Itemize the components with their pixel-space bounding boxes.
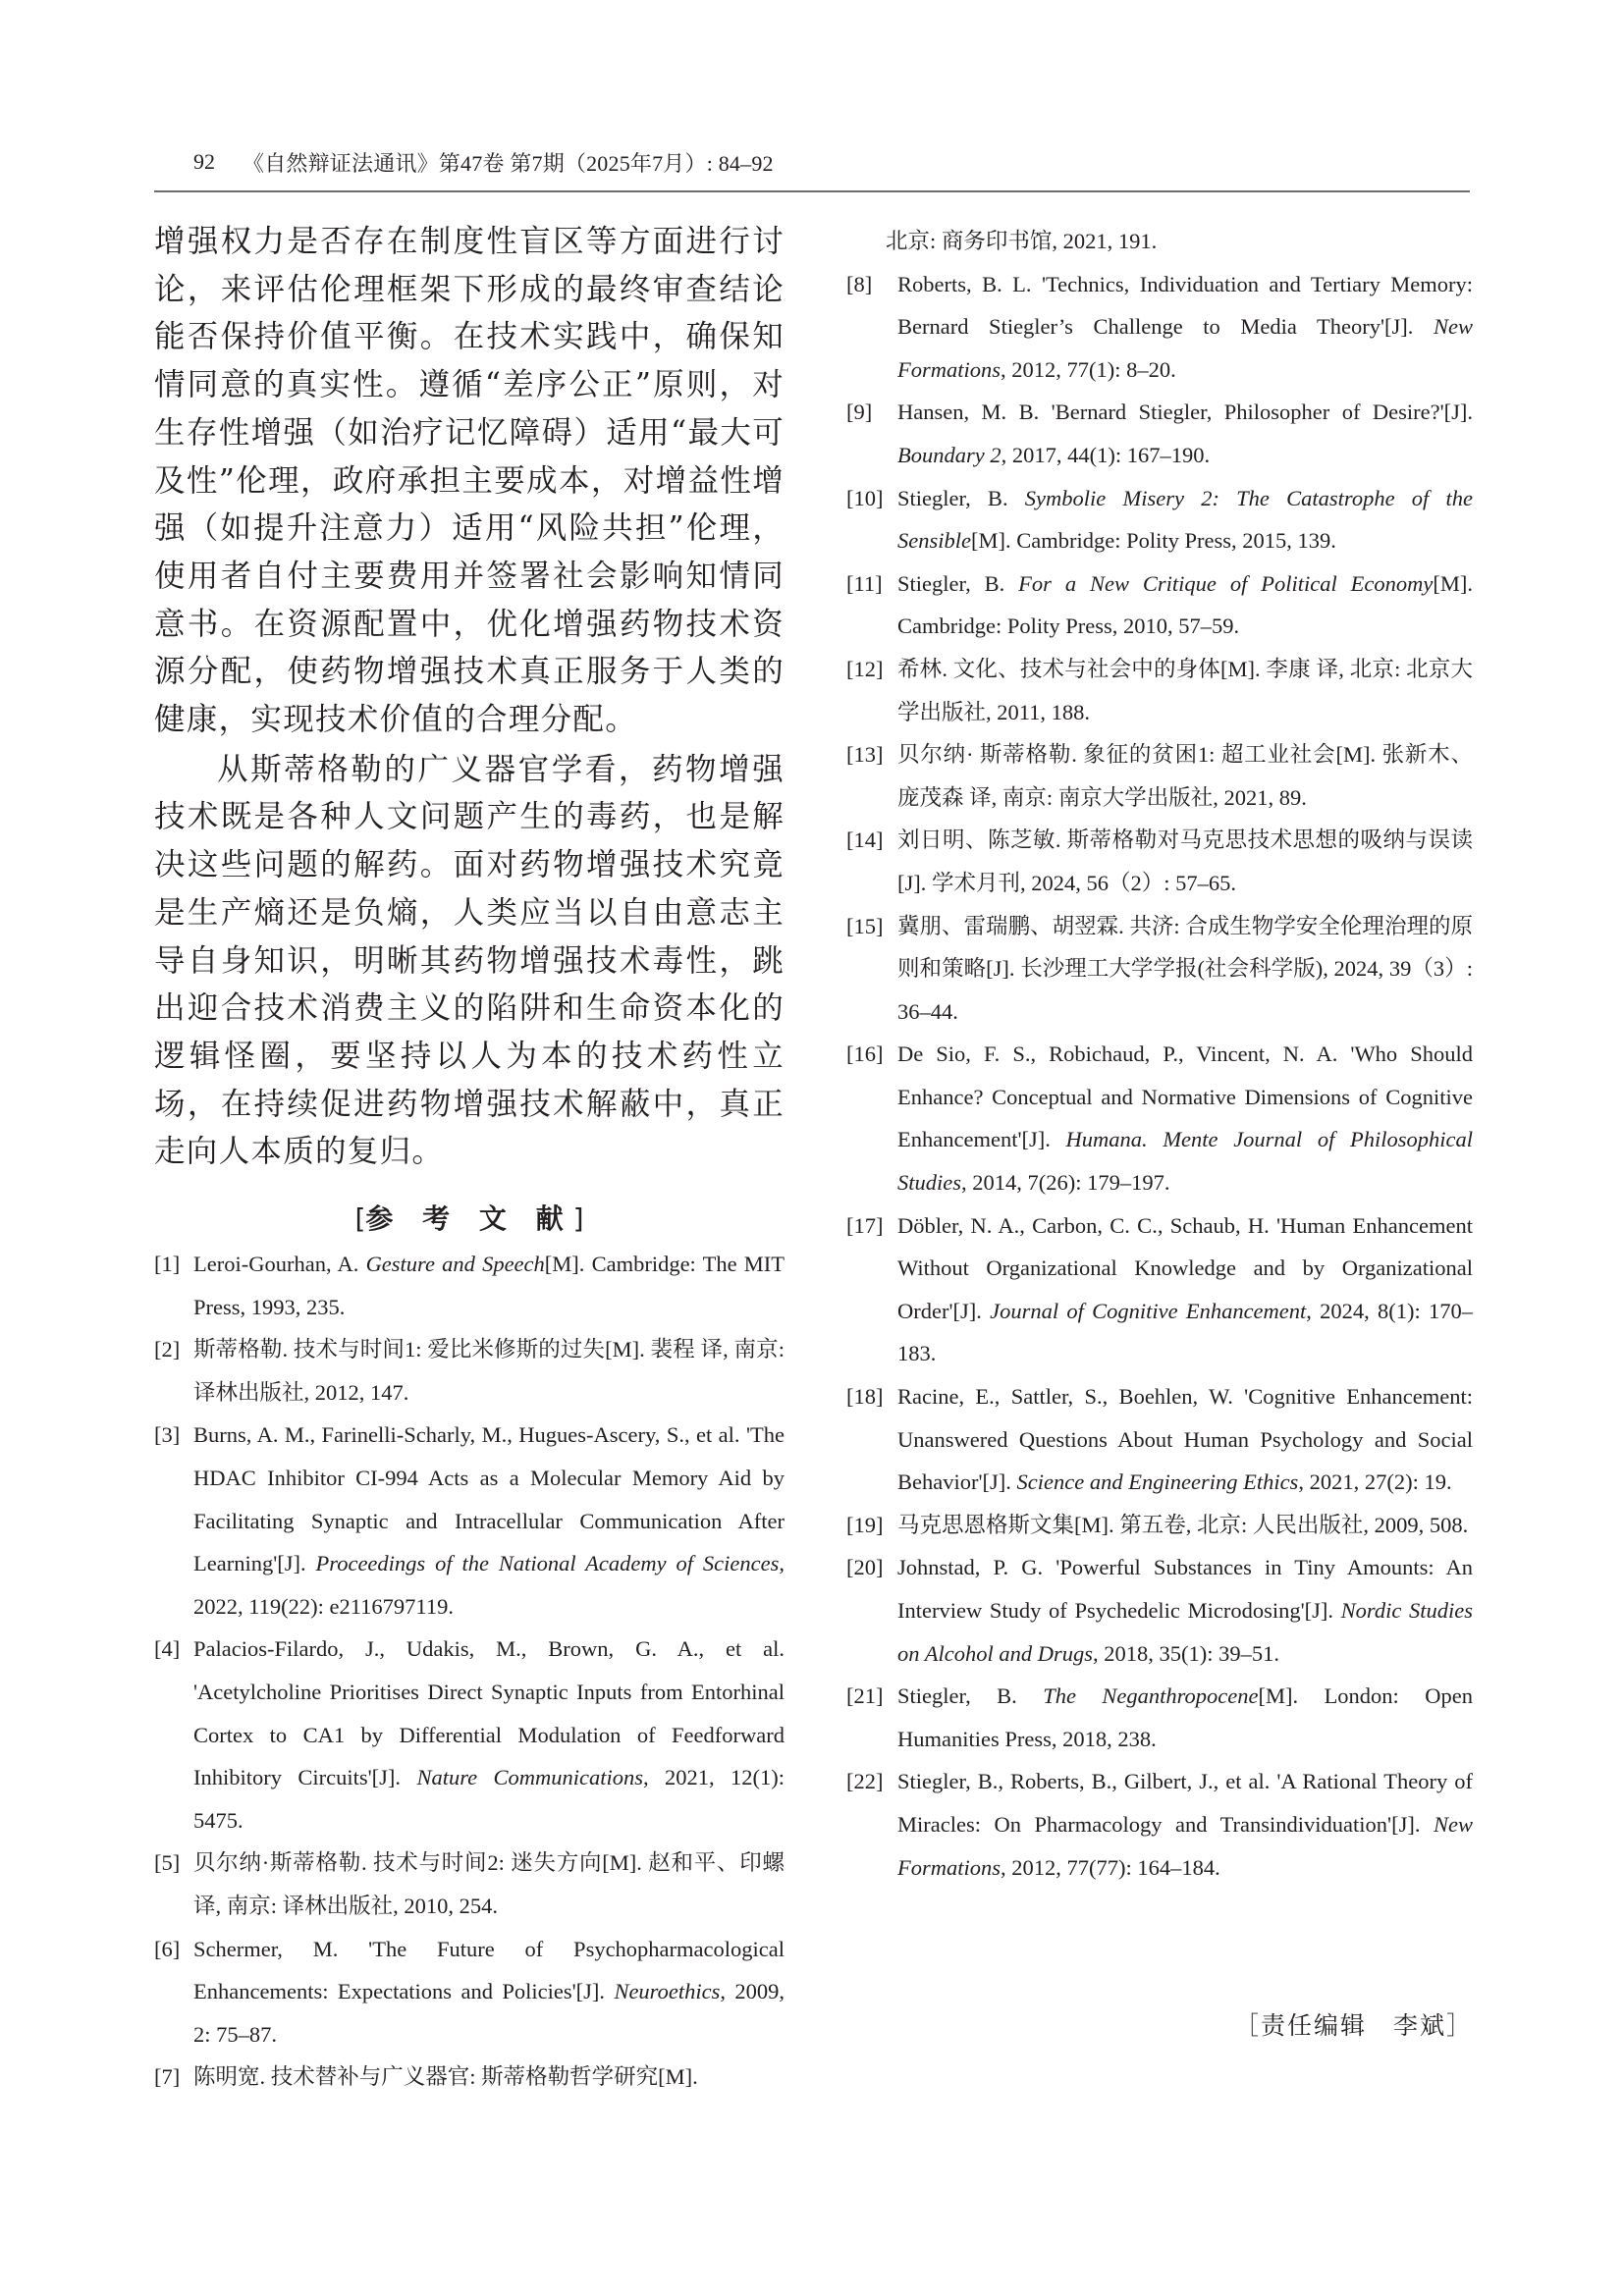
reference-entry: [20]Johnstad, P. G. 'Powerful Substances… bbox=[846, 1546, 1473, 1675]
reference-source-title: Journal of Cognitive Enhancement bbox=[990, 1299, 1306, 1323]
reference-entry: [21]Stiegler, B. The Neganthropocene[M].… bbox=[846, 1675, 1473, 1760]
reference-source-title: Nature Communications bbox=[416, 1765, 643, 1789]
reference-text: 斯蒂格勒. 技术与时间1: 爱比米修斯的过失[M]. 裴程 译, 南京: 译林出… bbox=[193, 1337, 785, 1405]
reference-number: [21] bbox=[846, 1675, 884, 1718]
reference-source-title: For a New Critique of Political Economy bbox=[1018, 571, 1433, 596]
reference-entry: [11]Stiegler, B. For a New Critique of P… bbox=[846, 562, 1473, 648]
reference-number: [19] bbox=[846, 1504, 884, 1547]
reference-text: Roberts, B. L. 'Technics, Individuation … bbox=[897, 272, 1473, 340]
reference-number: [22] bbox=[846, 1760, 884, 1803]
reference-details: , 2021, 27(2): 19. bbox=[1298, 1469, 1451, 1494]
reference-number: [5] bbox=[154, 1842, 180, 1885]
reference-entry: [6]Schermer, M. 'The Future of Psychopha… bbox=[154, 1928, 785, 2056]
reference-source-title: Boundary 2 bbox=[897, 443, 1001, 467]
reference-source-title: Science and Engineering Ethics bbox=[1017, 1469, 1299, 1494]
reference-number: [15] bbox=[846, 905, 884, 948]
reference-details: , 2012, 77(1): 8–20. bbox=[1001, 357, 1176, 382]
reference-number: [18] bbox=[846, 1375, 884, 1418]
reference-details: , 2018, 35(1): 39–51. bbox=[1093, 1641, 1279, 1666]
reference-text: 冀朋、雷瑞鹏、胡翌霖. 共济: 合成生物学安全伦理治理的原则和策略[J]. 长沙… bbox=[897, 914, 1473, 1024]
reference-number: [20] bbox=[846, 1546, 884, 1589]
reference-number: [3] bbox=[154, 1414, 180, 1457]
reference-number: [6] bbox=[154, 1928, 180, 1971]
reference-entry: [8]Roberts, B. L. 'Technics, Individuati… bbox=[846, 263, 1473, 392]
reference-text: 贝尔纳· 斯蒂格勒. 象征的贫困1: 超工业社会[M]. 张新木、庞茂森 译, … bbox=[897, 742, 1473, 810]
reference-number: [12] bbox=[846, 648, 884, 691]
references-heading: [参 考 文 献] bbox=[154, 1198, 785, 1237]
reference-entry: [16]De Sio, F. S., Robichaud, P., Vincen… bbox=[846, 1033, 1473, 1203]
reference-entry: [14]刘日明、陈芝敏. 斯蒂格勒对马克思技术思想的吸纳与误读[J]. 学术月刊… bbox=[846, 819, 1473, 904]
running-header: 92 《自然辩证法通讯》第47卷 第7期（2025年7月）: 84–92 bbox=[154, 145, 1470, 192]
reference-entry: [7]陈明宽. 技术替补与广义器官: 斯蒂格勒哲学研究[M]. bbox=[154, 2056, 785, 2099]
reference-entry: [13]贝尔纳· 斯蒂格勒. 象征的贫困1: 超工业社会[M]. 张新木、庞茂森… bbox=[846, 733, 1473, 819]
reference-entry: [4]Palacios-Filardo, J., Udakis, M., Bro… bbox=[154, 1628, 785, 1842]
reference-number: [10] bbox=[846, 477, 884, 520]
reference-entry: [17]Döbler, N. A., Carbon, C. C., Schaub… bbox=[846, 1204, 1473, 1375]
body-paragraph: 从斯蒂格勒的广义器官学看，药物增强技术既是各种人文问题产生的毒药，也是解决这些问… bbox=[154, 746, 785, 1176]
reference-entry: [15]冀朋、雷瑞鹏、胡翌霖. 共济: 合成生物学安全伦理治理的原则和策略[J]… bbox=[846, 905, 1473, 1034]
reference-entry: [19]马克思恩格斯文集[M]. 第五卷, 北京: 人民出版社, 2009, 5… bbox=[846, 1504, 1473, 1547]
reference-source-title: The Neganthropocene bbox=[1043, 1683, 1258, 1708]
reference-text: 希林. 文化、技术与社会中的身体[M]. 李康 译, 北京: 北京大学出版社, … bbox=[897, 657, 1473, 724]
reference-text: 贝尔纳·斯蒂格勒. 技术与时间2: 迷失方向[M]. 赵和平、印螺 译, 南京:… bbox=[193, 1850, 785, 1918]
reference-text: Stiegler, B. bbox=[897, 571, 1018, 596]
reference-entry: [2]斯蒂格勒. 技术与时间1: 爱比米修斯的过失[M]. 裴程 译, 南京: … bbox=[154, 1328, 785, 1414]
reference-number: [13] bbox=[846, 733, 884, 776]
reference-text: Stiegler, B., Roberts, B., Gilbert, J., … bbox=[897, 1769, 1473, 1837]
reference-text: Stiegler, B. bbox=[897, 486, 1025, 510]
reference-details: , 2017, 44(1): 167–190. bbox=[1001, 443, 1211, 467]
page-number: 92 bbox=[193, 149, 215, 175]
reference-number: [9] bbox=[846, 391, 872, 434]
reference-number: [4] bbox=[154, 1628, 180, 1671]
left-column: 增强权力是否存在制度性盲区等方面进行讨论，来评估伦理框架下形成的最终审查结论能否… bbox=[154, 218, 785, 2099]
editor-credit: ［责任编辑 李斌］ bbox=[1234, 2006, 1473, 2042]
reference-entry: [18]Racine, E., Sattler, S., Boehlen, W.… bbox=[846, 1375, 1473, 1504]
reference-entry: 北京: 商务印书馆, 2021, 191. bbox=[846, 220, 1473, 263]
reference-details: , 2014, 7(26): 179–197. bbox=[961, 1170, 1170, 1195]
reference-list-left: [1]Leroi-Gourhan, A. Gesture and Speech[… bbox=[154, 1243, 785, 2099]
reference-text: 陈明宽. 技术替补与广义器官: 斯蒂格勒哲学研究[M]. bbox=[193, 2064, 698, 2089]
reference-number: [14] bbox=[846, 819, 884, 862]
reference-entry: [22]Stiegler, B., Roberts, B., Gilbert, … bbox=[846, 1760, 1473, 1889]
reference-text: Stiegler, B. bbox=[897, 1683, 1043, 1708]
reference-entry: [9]Hansen, M. B. 'Bernard Stiegler, Phil… bbox=[846, 391, 1473, 476]
reference-source-title: Neuroethics bbox=[614, 1979, 720, 2003]
reference-number: [1] bbox=[154, 1243, 180, 1286]
reference-text: Hansen, M. B. 'Bernard Stiegler, Philoso… bbox=[897, 400, 1473, 424]
reference-details: , 2012, 77(77): 164–184. bbox=[1001, 1855, 1220, 1880]
reference-text: 北京: 商务印书馆, 2021, 191. bbox=[886, 229, 1157, 253]
reference-entry: [12]希林. 文化、技术与社会中的身体[M]. 李康 译, 北京: 北京大学出… bbox=[846, 648, 1473, 733]
reference-list-right: 北京: 商务印书馆, 2021, 191.[8]Roberts, B. L. '… bbox=[846, 220, 1473, 1889]
reference-source-title: Proceedings of the National Academy of S… bbox=[316, 1551, 780, 1575]
reference-number: [17] bbox=[846, 1204, 884, 1248]
right-column: 北京: 商务印书馆, 2021, 191.[8]Roberts, B. L. '… bbox=[846, 220, 1473, 1889]
reference-number: [8] bbox=[846, 263, 872, 306]
journal-citation: 《自然辩证法通讯》第47卷 第7期（2025年7月）: 84–92 bbox=[243, 147, 774, 178]
reference-text: 刘日明、陈芝敏. 斯蒂格勒对马克思技术思想的吸纳与误读[J]. 学术月刊, 20… bbox=[897, 828, 1473, 895]
reference-text: 马克思恩格斯文集[M]. 第五卷, 北京: 人民出版社, 2009, 508. bbox=[897, 1513, 1468, 1537]
reference-source-title: Gesture and Speech bbox=[366, 1252, 545, 1276]
reference-entry: [1]Leroi-Gourhan, A. Gesture and Speech[… bbox=[154, 1243, 785, 1328]
body-paragraph: 增强权力是否存在制度性盲区等方面进行讨论，来评估伦理框架下形成的最终审查结论能否… bbox=[154, 218, 785, 744]
reference-entry: [10]Stiegler, B. Symbolie Misery 2: The … bbox=[846, 477, 1473, 562]
reference-text: Leroi-Gourhan, A. bbox=[193, 1252, 366, 1276]
reference-number: [2] bbox=[154, 1328, 180, 1371]
reference-entry: [5]贝尔纳·斯蒂格勒. 技术与时间2: 迷失方向[M]. 赵和平、印螺 译, … bbox=[154, 1842, 785, 1927]
reference-number: [11] bbox=[846, 562, 883, 606]
reference-details: [M]. Cambridge: Polity Press, 2015, 139. bbox=[971, 528, 1336, 553]
reference-number: [16] bbox=[846, 1033, 884, 1076]
reference-number: [7] bbox=[154, 2056, 180, 2099]
reference-entry: [3]Burns, A. M., Farinelli-Scharly, M., … bbox=[154, 1414, 785, 1628]
